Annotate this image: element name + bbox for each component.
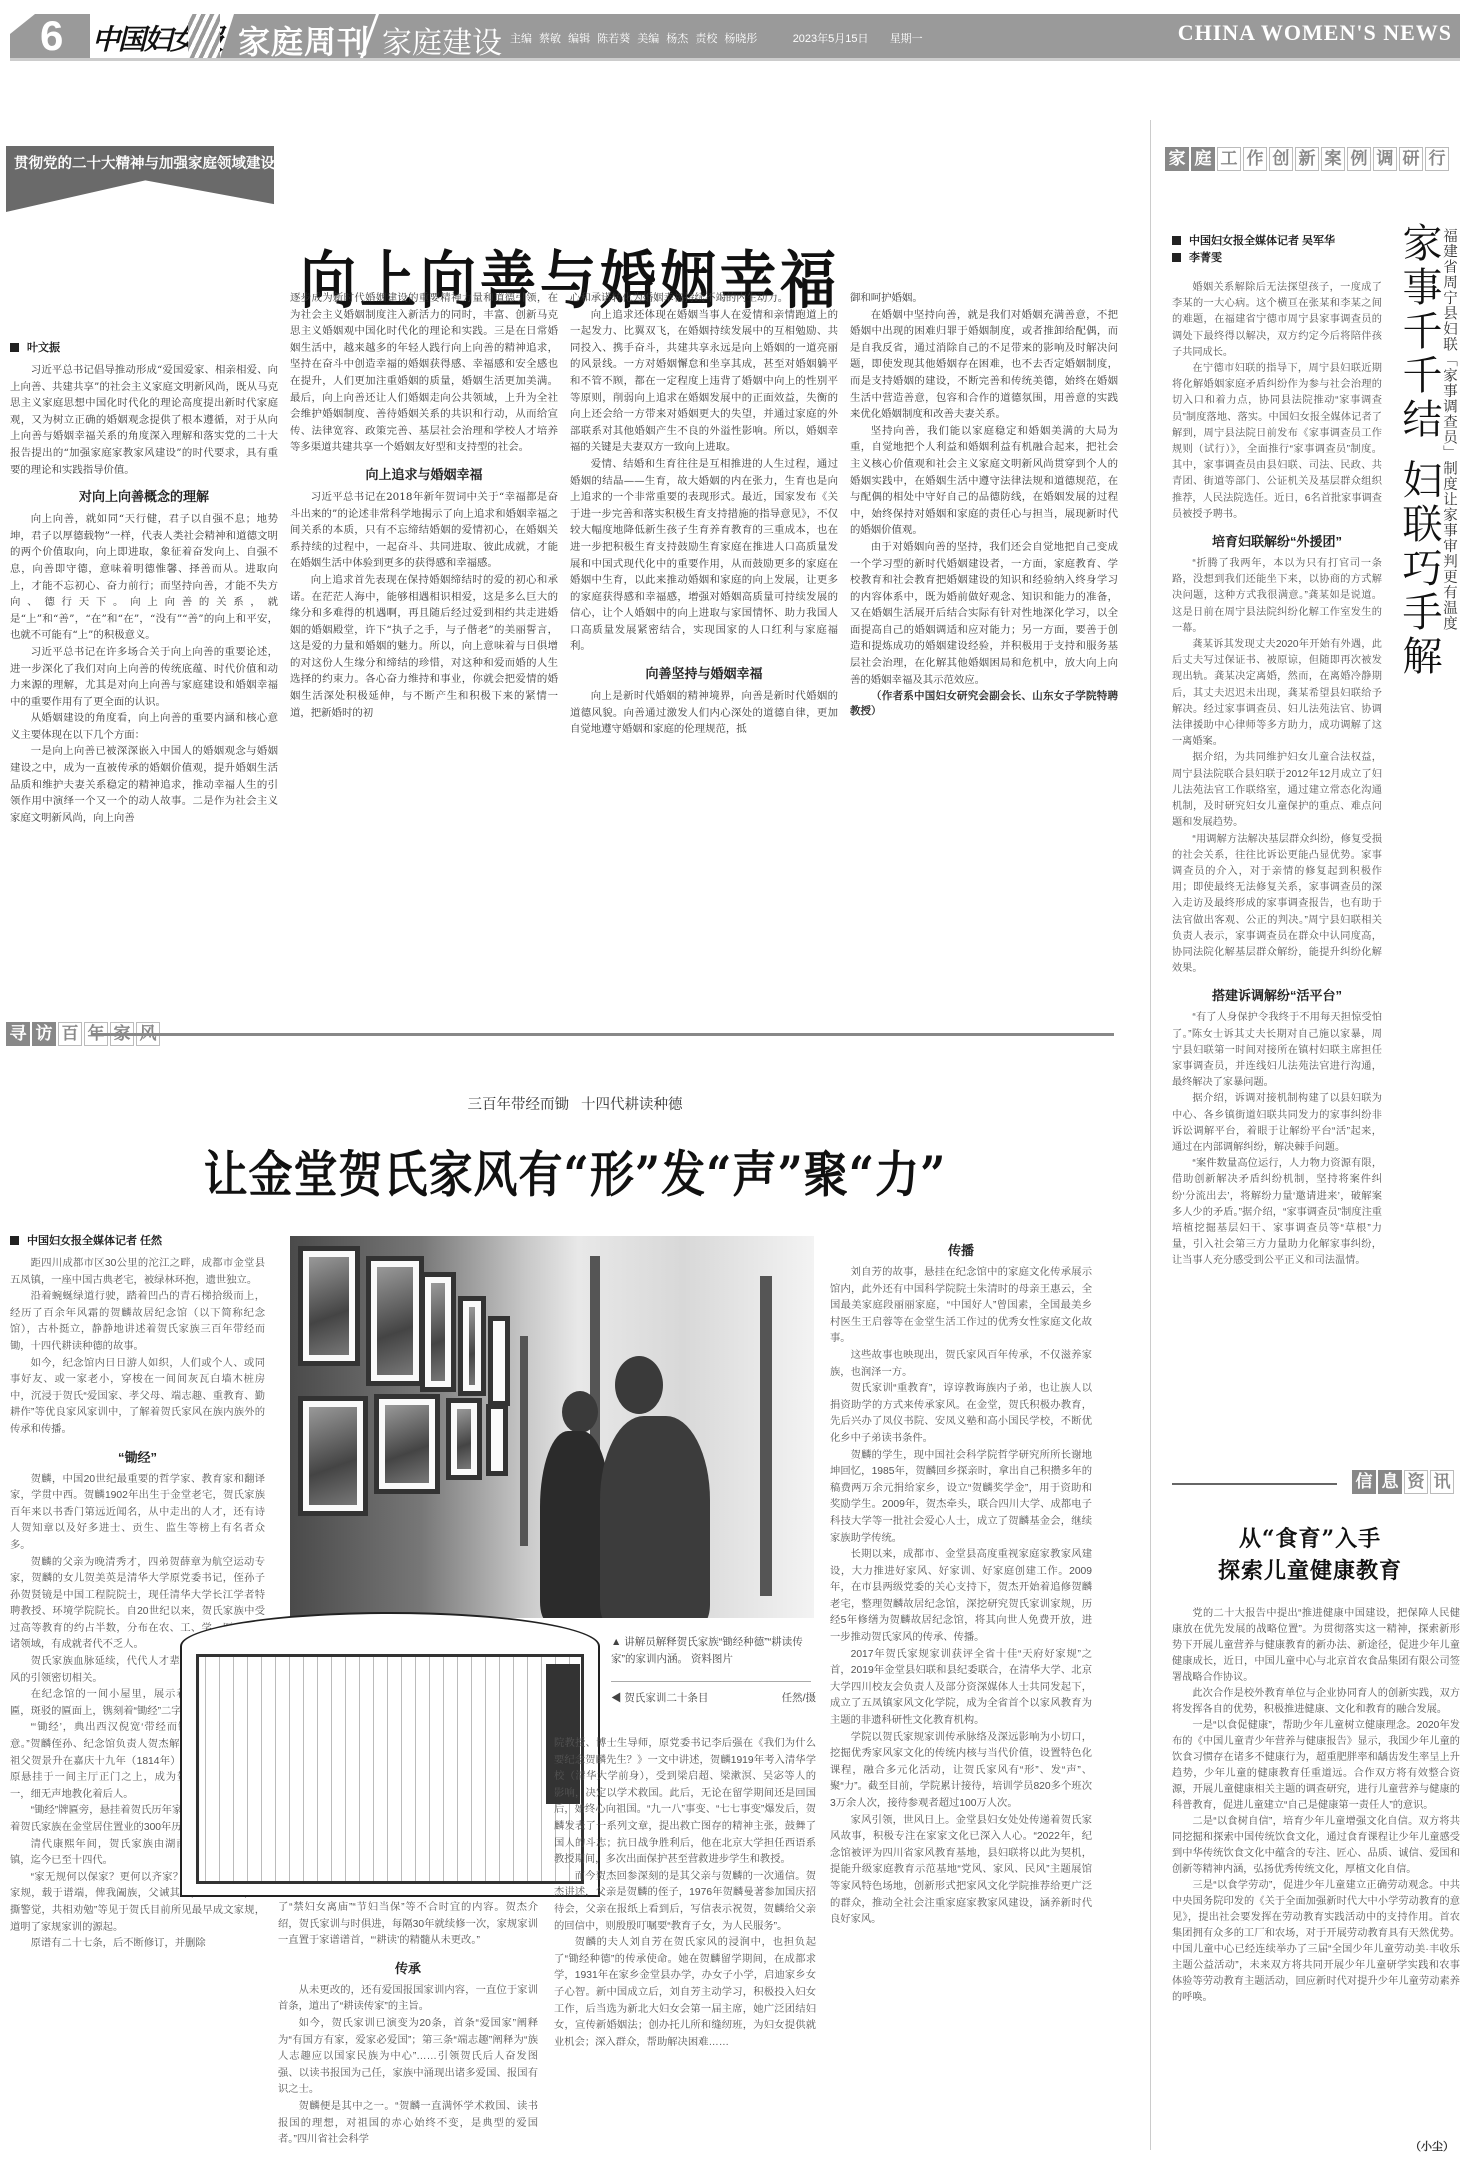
paragraph: 这些故事也映现出，贺氏家风百年传承，不仅滋养家族，也润泽一方。	[830, 1348, 1092, 1381]
label-char: 家	[1165, 147, 1189, 171]
subheading: 传承	[278, 1958, 538, 1977]
author-note: （作者系中国妇女研究会副会长、山东女子学院特聘教授）	[850, 688, 1118, 718]
label-char: 调	[1373, 147, 1397, 171]
issue-weekday: 星期一	[890, 33, 923, 45]
issue-date: 2023年5月15日	[793, 33, 869, 45]
top-article-col-4: 御和呵护婚姻。在婚姻中坚持向善，就是我们对婚姻充满善意，不把婚姻中出现的困难归罪…	[850, 290, 1118, 718]
top-article-col-3: 心和承诺转化为婚姻幸福持续不竭的内生动力。向上追求还体现在婚姻当事人在爱情和亲情…	[570, 290, 838, 738]
info-article-body: 党的二十大报告中提出“推进健康中国建设，把保障人民健康放在优先发展的战略位置”。…	[1172, 1606, 1460, 2006]
english-name: CHINA WOMEN'S NEWS	[1178, 20, 1452, 46]
paragraph: 据介绍，为共同维护妇女儿童合法权益，周宁县法院联合县妇联于2012年12月成立了…	[1172, 750, 1382, 831]
subheading: 搭建诉调解纷“活平台”	[1172, 985, 1382, 1004]
paragraph: 龚某诉其发现丈夫2020年开始有外遇，此后丈夫写过保证书、被原谅，但随即再次被发…	[1172, 637, 1382, 750]
label-char: 庭	[1191, 147, 1215, 171]
page-number-badge: 6	[10, 14, 90, 58]
masthead-rule	[10, 58, 1460, 61]
paragraph: 在婚姻中坚持向善，就是我们对婚姻充满善意，不把婚姻中出现的困难归罪于婚姻制度，或…	[850, 307, 1118, 423]
bottom-article-col-4: 传播刘自芳的故事，悬挂在纪念馆中的家庭文化传承展示馆内，此外还有中国科学院院士朱…	[830, 1232, 1092, 1929]
subheading: “锄经”	[10, 1447, 265, 1466]
paragraph: 贺麟的学生，现中国社会科学院哲学研究所所长谢地坤回忆，1985年，贺麟回乡探亲时…	[830, 1448, 1092, 1548]
paragraph: 贺麟便是其中之一。“贺麟一直满怀学术救国、读书报国的理想，对祖国的赤心始终不变，…	[278, 2099, 538, 2149]
paragraph: 习近平总书记倡导推动形成“爱国爱家、相亲相爱、向上向善、共建共享”的社会主义家庭…	[10, 362, 278, 478]
paragraph: 沿着蜿蜒绿道行驶，踏着凹凸的青石梯拾级而上，经历了百余年风霜的贺麟故居纪念馆（以…	[10, 1289, 265, 1355]
paragraph: “案件数量高位运行，人力物力资源有限，借助创新解决矛盾纠纷机制，坚持将案件纠纷‘…	[1172, 1156, 1382, 1269]
photo-caption-2: ◀ 贺氏家训二十条目	[611, 1690, 761, 1707]
label-char: 百	[58, 1022, 82, 1046]
info-headline: 从“食育”入手 探索儿童健康教育	[1160, 1523, 1460, 1587]
paragraph: 距四川成都市区30公里的沱江之畔，成都市金堂县五凤镇，一座中国古典老宅，被绿林环…	[10, 1256, 265, 1289]
label-char: 行	[1425, 147, 1449, 171]
label-char: 例	[1347, 147, 1371, 171]
decorative-slashes	[188, 14, 220, 58]
paragraph: 向上追求还体现在婚姻当事人在爱情和亲情跑道上的一起发力、比翼双飞，在婚姻持续发展…	[570, 307, 838, 456]
paragraph: 从婚姻建设的角度看，向上向善的重要内涵和核心意义主要体现在以下几个方面：	[10, 710, 278, 743]
label-char: 案	[1321, 147, 1345, 171]
info-headline-line1: 从“食育”入手	[1160, 1523, 1460, 1555]
label-char: 研	[1399, 147, 1423, 171]
paragraph: 一是向上向善已被深深嵌入中国人的婚姻观念与婚姻建设之中，成为一直被传承的婚姻价值…	[10, 743, 278, 826]
column-divider	[1150, 120, 1151, 2150]
paragraph: 了“禁妇女离庙”“节妇当保”等不合时宜的内容。贺杰介绍，贺氏家训与时俱进，每隔3…	[278, 1900, 538, 1950]
top-byline: 叶文振	[10, 339, 60, 355]
bottom-article-col-3a: 院教授、博士生导师，原党委书记李后强在《我们为什么要纪念贺麟先生？》一文中讲述，…	[554, 1736, 816, 2051]
paragraph: 党的二十大报告中提出“推进健康中国建设，把保障人民健康放在优先发展的战略位置”。…	[1172, 1606, 1460, 1686]
label-char: 息	[1378, 1470, 1402, 1494]
section-label-family-work: 家庭工作创新案例调研行	[1165, 147, 1449, 171]
paragraph: 由于对婚姻向善的坚持，我们还会自觉地把自己变成一个学习型的新时代婚姻建设者，一方…	[850, 539, 1118, 688]
paragraph: 逐步成为新时代婚姻建设的重要精神力量和道德引领，在为社会主义婚姻制度注入新活力的…	[290, 290, 558, 456]
info-signature: （小尘）	[1410, 2138, 1454, 2154]
editorial-credits: 主编 蔡敏 编辑 陈若葵 美编 杨杰 责校 杨晓彤 2023年5月15日 星期一	[510, 30, 923, 46]
paragraph: 如今，纪念馆内日日游人如织，人们或个人、或同事好友、或一家老小，穿梭在一间间灰瓦…	[10, 1356, 265, 1439]
paragraph: 院教授、博士生导师，原党委书记李后强在《我们为什么要纪念贺麟先生？》一文中讲述，…	[554, 1736, 816, 1869]
museum-photo	[290, 1236, 814, 1618]
family-rules-photo	[180, 1612, 600, 1897]
label-char: 工	[1217, 147, 1241, 171]
paragraph: 坚持向善，我们能以家庭稳定和婚姻美满的大局为重，自觉地把个人利益和婚姻利益有机融…	[850, 423, 1118, 539]
paragraph: 长期以来，成都市、金堂县高度重视家庭家教家风建设，大力推进好家风、好家训、好家庭…	[830, 1547, 1092, 1647]
paragraph: “用调解方法解决基层群众纠纷，修复受损的社会关系，往往比诉讼更能凸显优势。家事调…	[1172, 832, 1382, 978]
subheading: 传播	[830, 1240, 1092, 1259]
paragraph: 习近平总书记在2018年新年贺词中关于“幸福都是奋斗出来的”的论述非常科学地揭示…	[290, 489, 558, 572]
paragraph: 二是“以食树自信”，培育少年儿童增强文化自信。双方将共同挖掘和探索中国传统饮食文…	[1172, 1814, 1460, 1878]
paragraph: 向上向善，就如同“天行健，君子以自强不息；地势坤，君子以厚德载物”一样，代表人类…	[10, 511, 278, 644]
paragraph: 贺麟，中国20世纪最重要的哲学家、教育家和翻译家，学贯中西。贺麟1902年出生于…	[10, 1472, 265, 1555]
subsection-title: 家庭建设	[382, 18, 502, 62]
paragraph: 在宁德市妇联的指导下，周宁县妇联近期将化解婚姻家庭矛盾纠纷作为参与社会治理的切入…	[1172, 361, 1382, 523]
paragraph: 三是“以食学劳动”，促进少年儿童建立正确劳动观念。中共中央国务院印发的《关于全面…	[1172, 1878, 1460, 2006]
right-byline-2: 李菁雯	[1172, 249, 1222, 265]
label-char: 访	[32, 1022, 56, 1046]
top-article-col-1: 习近平总书记倡导推动形成“爱国爱家、相亲相爱、向上向善、共建共享”的社会主义家庭…	[10, 362, 278, 826]
info-section-rule	[1172, 1483, 1337, 1485]
paragraph: 原谱有二十七条，后不断修订，并删除	[10, 1936, 265, 1953]
paragraph: 此次合作是校外教育单位与企业协同育人的创新实践，双方将发挥各自的优势，积极推进健…	[1172, 1686, 1460, 1718]
label-char: 信	[1352, 1470, 1376, 1494]
paragraph: 心和承诺转化为婚姻幸福持续不竭的内生动力。	[570, 290, 838, 307]
paragraph: 爱情、结婚和生育往往是互相推进的人生过程，通过婚姻的结晶——生育，故大婚姻的内在…	[570, 456, 838, 655]
paragraph: 如今，贺氏家训已演变为20条，首条“爱国家”阐释为“有国方有家，爱家必爱国”；第…	[278, 2016, 538, 2099]
label-char: 讯	[1430, 1470, 1454, 1494]
subheading: 对向上向善概念的理解	[10, 486, 278, 505]
section-label-info: 信息资讯	[1352, 1470, 1454, 1494]
section-title: 家庭周刊	[238, 17, 370, 63]
paragraph: 贺麟的夫人刘自芳在贺氏家风的浸润中，也担负起了“锄经种德”的传承使命。她在贺麟留…	[554, 1935, 816, 2051]
right-vertical-title: 家事千千结 妇联巧手解	[1385, 222, 1453, 679]
bottom-byline: 中国妇女报全媒体记者 任然	[10, 1232, 162, 1248]
caption-rule	[611, 1681, 811, 1682]
paragraph: “有了人身保护令我终于不用每天担惊受怕了。”陈女士诉其丈夫长期对自己施以家暴，周…	[1172, 1010, 1382, 1091]
paragraph: 婚姻关系解除后无法探望孩子，一度成了李某的一大心病。这个横亘在张某和李某之间的难…	[1172, 280, 1382, 361]
paragraph: 学院以贺氏家规家训传承脉络及深远影响为小切口，挖掘优秀家风家文化的传统内核与当代…	[830, 1730, 1092, 1813]
paragraph: “折腾了我两年，本以为只有打官司一条路，没想到我们还能坐下来，以协商的方式解决问…	[1172, 556, 1382, 637]
paragraph: 2017年贺氏家规家训获评全省十佳“天府好家规”之首，2019年金堂县妇联和县纪…	[830, 1647, 1092, 1730]
paragraph: 向上追求首先表现在保持婚姻缔结时的爱的初心和承诺。在茫茫人海中，能够相遇相识相爱…	[290, 572, 558, 721]
label-char: 资	[1404, 1470, 1428, 1494]
bottom-article-col-2: 了“禁妇女离庙”“节妇当保”等不合时宜的内容。贺杰介绍，贺氏家训与时俱进，每隔3…	[278, 1900, 538, 2149]
paragraph: 而今贺杰回参深刻的是其父亲与贺麟的一次通信。贺杰讲述，父亲是贺麟的侄子，1976…	[554, 1869, 816, 1935]
paragraph: 向上是新时代婚姻的精神境界，向善是新时代婚姻的道德风貌。向善通过激发人们内心深处…	[570, 688, 838, 738]
paragraph: 据介绍，诉调对接机制构建了以县妇联为中心、各乡镇街道妇联共同发力的家事纠纷非诉讼…	[1172, 1091, 1382, 1156]
photo-credit: 任然/摄	[766, 1690, 816, 1707]
paragraph: 贺氏家训“重教育”，谆谆教诲族内子弟，也让族人以捐资助学的方式来传承家风。在金堂…	[830, 1381, 1092, 1447]
bottom-headline: 让金堂贺氏家风有“形”发“声”聚“力”	[0, 1134, 1150, 1206]
masthead: 6 中国妇女报 家庭周刊 家庭建设 主编 蔡敏 编辑 陈若葵 美编 杨杰 责校 …	[10, 12, 1460, 62]
subheading: 向善坚持与婚姻幸福	[570, 663, 838, 682]
paragraph: 御和呵护婚姻。	[850, 290, 1118, 307]
subheading: 培育妇联解纷“外援团”	[1172, 531, 1382, 550]
bottom-kicker: 三百年带经而锄 十四代耕读种德	[0, 1093, 1150, 1114]
paragraph: 一是“以食促健康”，帮助少年儿童树立健康理念。2020年发布的《中国儿童青少年营…	[1172, 1718, 1460, 1814]
label-char: 作	[1243, 147, 1267, 171]
info-headline-line2: 探索儿童健康教育	[1160, 1555, 1460, 1587]
bottom-section-rule	[92, 1033, 1114, 1036]
paragraph: 从未更改的，还有爱国报国家训内容，一直位于家训首条，道出了“耕读传家”的主旨。	[278, 1983, 538, 2016]
paragraph: 习近平总书记在许多场合关于向上向善的重要论述，进一步深化了我们对向上向善的传统底…	[10, 644, 278, 710]
top-article-col-2: 逐步成为新时代婚姻建设的重要精神力量和道德引领，在为社会主义婚姻制度注入新活力的…	[290, 290, 558, 721]
series-banner: 贯彻党的二十大精神与加强家庭领域建设系列专家谈⑭	[6, 146, 274, 212]
right-article-body: 婚姻关系解除后无法探望孩子，一度成了李某的一大心病。这个横亘在张某和李某之间的难…	[1172, 280, 1382, 1270]
paragraph: 家风引领，世风日上。金堂县妇女处处传递着贺氏家风故事，积极专注在家家文化已深入人…	[830, 1813, 1092, 1929]
right-byline-1: 中国妇女报全媒体记者 吴军华	[1172, 232, 1335, 248]
credits-text: 主编 蔡敏 编辑 陈若葵 美编 杨杰 责校 杨晓彤	[510, 33, 757, 45]
label-char: 创	[1269, 147, 1293, 171]
subheading: 向上追求与婚姻幸福	[290, 464, 558, 483]
photo-caption-1: ▲ 讲解员解释贺氏家族“锄经种德”“耕读传家”的家训内涵。 资料图片	[611, 1634, 811, 1668]
label-char: 新	[1295, 147, 1319, 171]
label-char: 寻	[6, 1022, 30, 1046]
paragraph: 刘自芳的故事，悬挂在纪念馆中的家庭文化传承展示馆内，此外还有中国科学院院士朱清时…	[830, 1265, 1092, 1348]
